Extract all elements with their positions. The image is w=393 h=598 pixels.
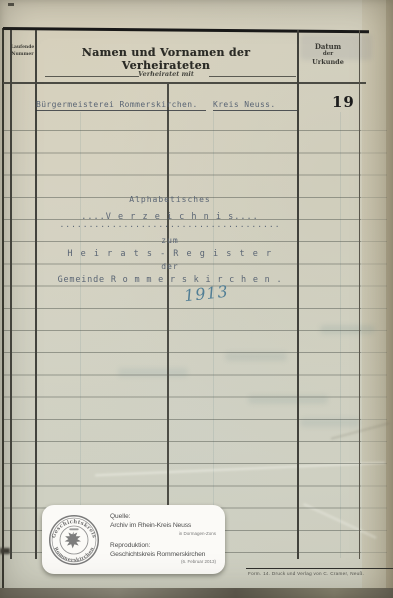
table-line-vertical-right	[359, 30, 360, 559]
table-top-border	[3, 27, 369, 33]
table-line-vertical-outer	[10, 30, 12, 559]
imprint-rule	[246, 568, 393, 569]
scan-corner-mark	[8, 3, 14, 6]
title-line-zum: zum	[35, 236, 305, 245]
title-line-gemeinde: Gemeinde R o m m e r s k i r c h e n .	[35, 275, 305, 285]
stamp-eagle-icon	[65, 532, 81, 549]
table-line-vertical-center	[167, 82, 169, 559]
column-subheader-married-with: Verheiratet mit	[35, 70, 297, 78]
source-name: Archiv im Rhein-Kreis Neuss	[110, 522, 191, 529]
title-dotted-rule: ......................................	[35, 220, 305, 229]
column-header-number-line1: Laufende	[10, 45, 35, 51]
title-line-der: der	[35, 262, 305, 271]
archive-stamp-icon: Geschichtskreis Rommerskirchen	[46, 512, 102, 568]
column-header-date-line1: Datum	[298, 42, 358, 51]
reproduction-label: Reproduktion:	[110, 542, 150, 549]
table-row-lines-margin	[361, 109, 387, 561]
title-line-heirats-register: H e i r a t s - R e g i s t e r	[35, 249, 305, 259]
svg-text:Rommerskirchen: Rommerskirchen	[52, 546, 96, 563]
printer-imprint: Form. 14. Druck und Verlag von C. Cramer…	[248, 571, 364, 576]
reproduction-name: Geschichtskreis Rommerskirchen	[110, 551, 205, 558]
page-right-edge-line	[386, 0, 393, 598]
entry-district: Kreis Neuss.	[213, 100, 297, 111]
page-number: 19	[332, 93, 355, 111]
source-location: in Dormagen-Zons	[179, 531, 216, 536]
stamp-banner	[69, 528, 78, 530]
column-header-names: Namen und Vornamen der Verheirateten	[37, 46, 295, 72]
column-header-date-line3: Urkunde	[298, 58, 358, 66]
stamp-text-bottom: Rommerskirchen	[52, 546, 96, 563]
title-line-alphabetisches: Alphabetisches	[35, 195, 305, 204]
reproduction-date: (6. Februar 2013)	[181, 559, 216, 564]
column-header-number-line2: Nummer	[10, 52, 35, 58]
table-line-vertical-date-col	[297, 30, 299, 559]
scan-bottom-shadow	[0, 588, 393, 598]
entry-municipality: Bürgermeisterei Rommerskirchen.	[36, 100, 206, 111]
entry-district-text: Kreis Neuss.	[213, 100, 297, 111]
scanned-register-page: Laufende Nummer Namen und Vornamen der V…	[0, 0, 393, 598]
column-header-date-line2: der	[298, 51, 358, 57]
table-row-lines	[4, 109, 361, 561]
source-label: Quelle:	[110, 513, 131, 520]
archive-watermark-box: Geschichtskreis Rommerskirchen Quelle: A…	[42, 505, 225, 574]
table-header-bottom-line	[3, 82, 366, 84]
entry-municipality-text: Bürgermeisterei Rommerskirchen.	[36, 100, 206, 111]
